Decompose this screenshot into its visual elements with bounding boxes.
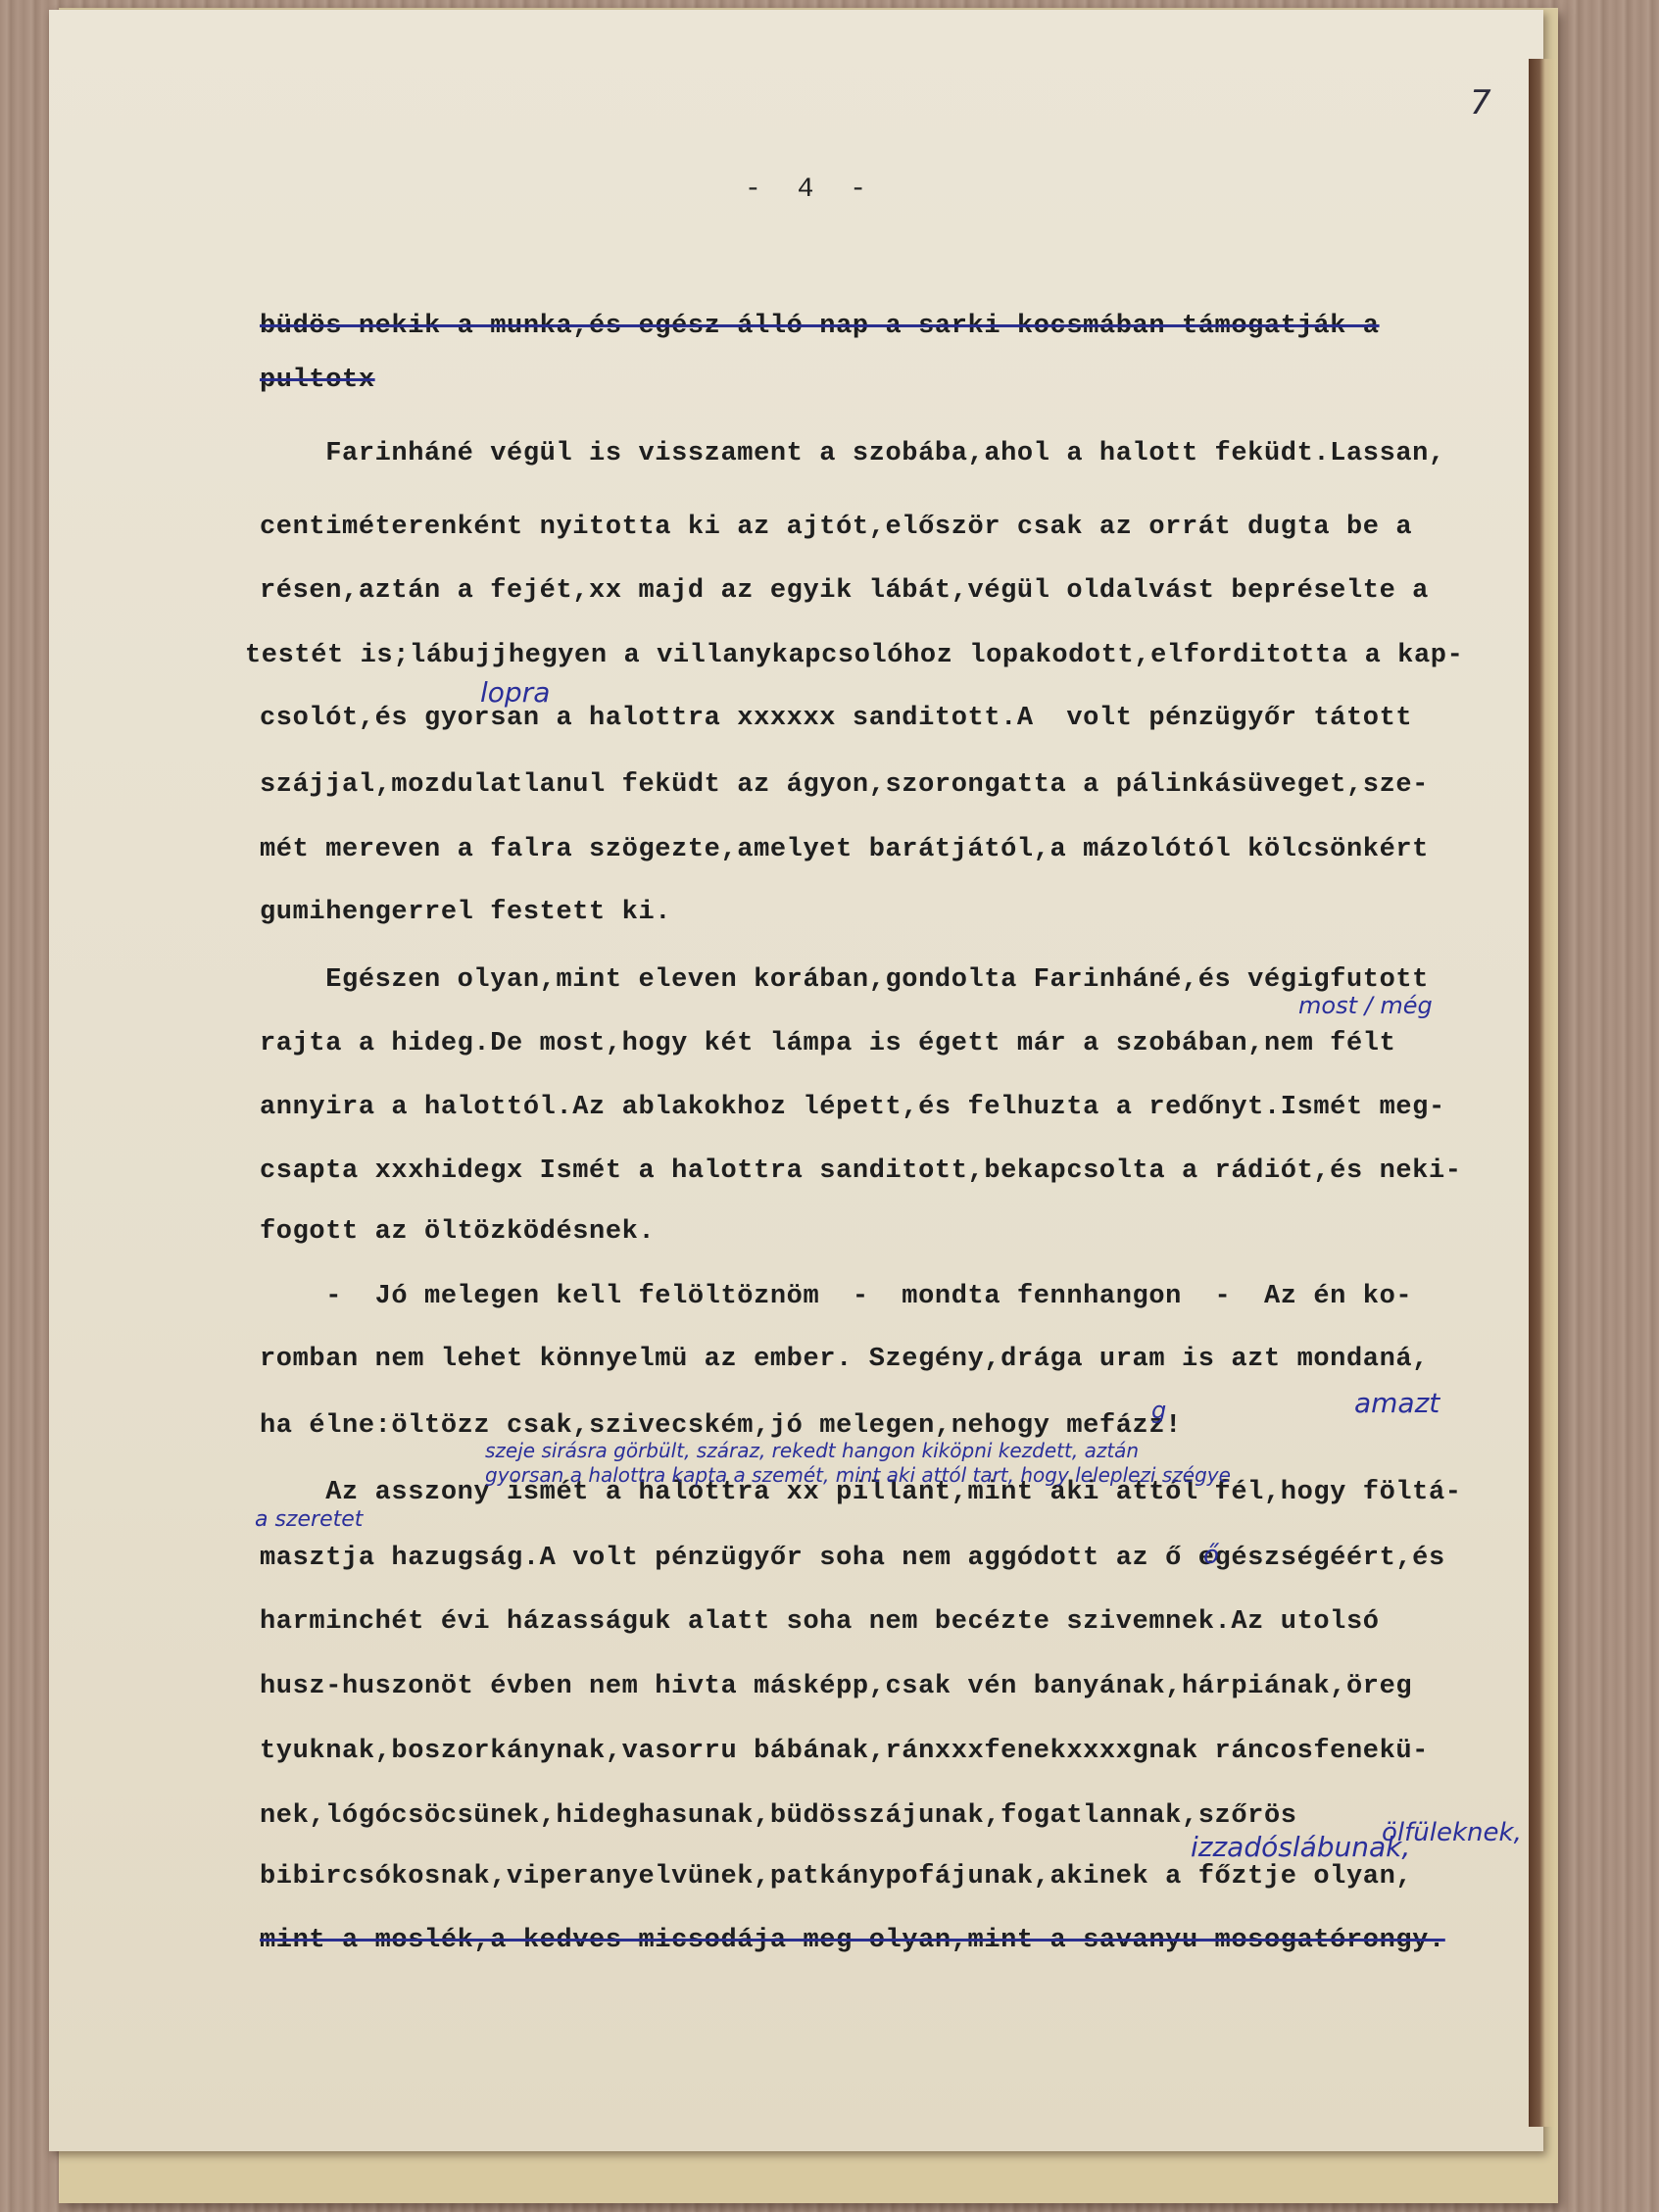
text-line: masztja hazugság.A volt pénzügyőr soha n… [260, 1544, 1445, 1573]
text-line: bibircsókosnak,viperanyelvünek,patkánypo… [260, 1862, 1412, 1892]
handwritten-insertion: lopra [480, 676, 550, 709]
handwritten-insertion: gyorsan a halottra kapta a szemét, mint … [485, 1463, 1231, 1487]
handwritten-insertion: amazt [1354, 1387, 1439, 1419]
text-line: - Jó melegen kell felöltöznöm - mondta f… [260, 1282, 1412, 1311]
text-line: Egészen olyan,mint eleven korában,gondol… [260, 965, 1429, 995]
text-line: résen,aztán a fejét,xx majd az egyik láb… [260, 576, 1429, 606]
text-line: nek,lógócsöcsünek,hideghasunak,büdösszáj… [260, 1801, 1297, 1831]
text-line: Farinháné végül is visszament a szobába,… [260, 439, 1445, 468]
text-line: szájjal,mozdulatlanul feküdt az ágyon,sz… [260, 770, 1429, 800]
text-line: csolót,és gyorsan a halottra xxxxxx sand… [260, 704, 1412, 733]
handwritten-insertion: g [1151, 1397, 1166, 1424]
text-line-struck: büdös nekik a munka,és egész álló nap a … [260, 312, 1380, 341]
text-line: csapta xxxhidegx Ismét a halottra sandit… [260, 1156, 1462, 1186]
handwritten-insertion: a szeretet [255, 1507, 363, 1532]
handwritten-insertion: izzadóslábunak, [1191, 1831, 1410, 1863]
text-line-struck: pultotx [260, 366, 375, 395]
text-line: gumihengerrel festett ki. [260, 898, 671, 927]
text-line: mét mereven a falra szögezte,amelyet bar… [260, 835, 1429, 864]
handwritten-insertion: ő [1203, 1541, 1219, 1570]
handwritten-sheet-number: 7 [1470, 83, 1491, 123]
text-line: romban nem lehet könnyelmü az ember. Sze… [260, 1345, 1429, 1374]
text-line: annyira a halottól.Az ablakokhoz lépett,… [260, 1093, 1445, 1122]
page-stack-edge [1529, 59, 1556, 2127]
handwritten-insertion: szeje sirásra görbült, száraz, rekedt ha… [485, 1439, 1139, 1462]
text-line: tyuknak,boszorkánynak,vasorru bábának,rá… [260, 1737, 1429, 1766]
text-line: husz-huszonöt évben nem hivta másképp,cs… [260, 1672, 1412, 1701]
handwritten-insertion: most / még [1298, 992, 1433, 1019]
text-line: rajta a hideg.De most,hogy két lámpa is … [260, 1029, 1395, 1058]
text-line: harminchét évi házasságuk alatt soha nem… [260, 1607, 1380, 1637]
text-line: ha élne:öltözz csak,szivecském,jó melege… [260, 1411, 1182, 1441]
text-line: centiméterenként nyitotta ki az ajtót,el… [260, 513, 1412, 542]
text-line: fogott az öltözködésnek. [260, 1217, 655, 1247]
text-line: testét is;lábujjhegyen a villanykapcsoló… [245, 641, 1463, 670]
text-line-struck: mint a moslék,a kedves micsodája meg oly… [260, 1926, 1445, 1955]
page-number: - 4 - [745, 174, 876, 205]
